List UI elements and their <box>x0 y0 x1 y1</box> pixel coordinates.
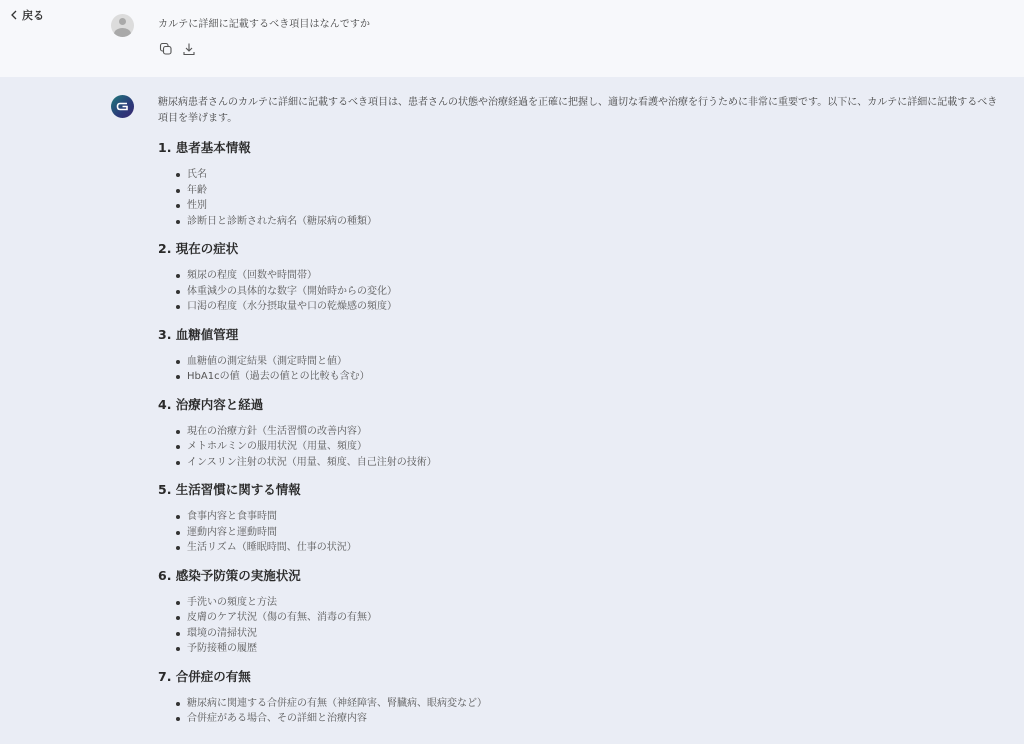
download-icon[interactable] <box>182 42 196 56</box>
section-list: 現在の治療方針（生活習慣の改善内容） メトホルミンの服用状況（用量、頻度） イン… <box>158 424 1020 471</box>
section-list: 糖尿病に関連する合併症の有無（神経障害、腎臓病、眼病変など） 合併症がある場合、… <box>158 696 1020 727</box>
list-item: HbA1cの値（過去の値との比較も含む） <box>158 369 1020 385</box>
back-button[interactable]: 戻る <box>10 7 44 23</box>
section-2: 2. 現在の症状 頻尿の程度（回数や時間帯） 体重減少の具体的な数字（開始時から… <box>158 240 1020 315</box>
section-4: 4. 治療内容と経過 現在の治療方針（生活習慣の改善内容） メトホルミンの服用状… <box>158 396 1020 471</box>
section-title: 3. 血糖値管理 <box>158 326 1020 344</box>
list-item: メトホルミンの服用状況（用量、頻度） <box>158 439 1020 455</box>
list-item: 性別 <box>158 198 1020 214</box>
list-item: 糖尿病に関連する合併症の有無（神経障害、腎臓病、眼病変など） <box>158 696 1020 712</box>
user-message-text: カルテに詳細に記載するべき項目はなんですか <box>158 15 370 30</box>
section-list: 氏名 年齢 性別 診断日と診断された病名（糖尿病の種類） <box>158 167 1020 229</box>
section-title: 7. 合併症の有無 <box>158 668 1020 686</box>
list-item: 年齢 <box>158 183 1020 199</box>
section-title: 4. 治療内容と経過 <box>158 396 1020 414</box>
intro-line: 糖尿病患者さんのカルテに詳細に記載するべき項目は、患者さんの状態や治療経過を正確… <box>158 95 1020 111</box>
section-7: 7. 合併症の有無 糖尿病に関連する合併症の有無（神経障害、腎臓病、眼病変など）… <box>158 668 1020 727</box>
intro-paragraph: 糖尿病患者さんのカルテに詳細に記載するべき項目は、患者さんの状態や治療経過を正確… <box>158 95 1020 127</box>
section-title: 1. 患者基本情報 <box>158 139 1020 157</box>
list-item: 血糖値の測定結果（測定時間と値） <box>158 354 1020 370</box>
user-avatar-icon <box>111 14 134 37</box>
section-list: 頻尿の程度（回数や時間帯） 体重減少の具体的な数字（開始時からの変化） 口渇の程… <box>158 268 1020 315</box>
list-item: 現在の治療方針（生活習慣の改善内容） <box>158 424 1020 440</box>
list-item: 頻尿の程度（回数や時間帯） <box>158 268 1020 284</box>
list-item: 手洗いの頻度と方法 <box>158 595 1020 611</box>
list-item: 運動内容と運動時間 <box>158 525 1020 541</box>
list-item: 口渇の程度（水分摂取量や口の乾燥感の頻度） <box>158 299 1020 315</box>
chat-page: 戻る カルテに詳細に記載するべき項目はなんですか <box>0 0 1024 744</box>
section-1: 1. 患者基本情報 氏名 年齢 性別 診断日と診断された病名（糖尿病の種類） <box>158 139 1020 229</box>
section-list: 食事内容と食事時間 運動内容と運動時間 生活リズム（睡眠時間、仕事の状況） <box>158 509 1020 556</box>
section-title: 5. 生活習慣に関する情報 <box>158 481 1020 499</box>
chevron-left-icon <box>10 10 18 20</box>
section-6: 6. 感染予防策の実施状況 手洗いの頻度と方法 皮膚のケア状況（傷の有無、消毒の… <box>158 567 1020 657</box>
assistant-message-content: 糖尿病患者さんのカルテに詳細に記載するべき項目は、患者さんの状態や治療経過を正確… <box>158 95 1020 738</box>
list-item: 合併症がある場合、その詳細と治療内容 <box>158 711 1020 727</box>
user-message-block: 戻る カルテに詳細に記載するべき項目はなんですか <box>0 0 1024 77</box>
list-item: 体重減少の具体的な数字（開始時からの変化） <box>158 284 1020 300</box>
section-list: 手洗いの頻度と方法 皮膚のケア状況（傷の有無、消毒の有無） 環境の清掃状況 予防… <box>158 595 1020 657</box>
intro-line: 項目を挙げます。 <box>158 111 1020 127</box>
list-item: 診断日と診断された病名（糖尿病の種類） <box>158 214 1020 230</box>
list-item: 氏名 <box>158 167 1020 183</box>
section-5: 5. 生活習慣に関する情報 食事内容と食事時間 運動内容と運動時間 生活リズム（… <box>158 481 1020 556</box>
section-title: 2. 現在の症状 <box>158 240 1020 258</box>
list-item: 環境の清掃状況 <box>158 626 1020 642</box>
list-item: 予防接種の履歴 <box>158 641 1020 657</box>
assistant-message-block: 糖尿病患者さんのカルテに詳細に記載するべき項目は、患者さんの状態や治療経過を正確… <box>0 77 1024 744</box>
list-item: 生活リズム（睡眠時間、仕事の状況） <box>158 540 1020 556</box>
list-item: 食事内容と食事時間 <box>158 509 1020 525</box>
message-actions <box>159 42 196 56</box>
copy-icon[interactable] <box>159 42 173 56</box>
list-item: インスリン注射の状況（用量、頻度、自己注射の技術） <box>158 455 1020 471</box>
section-list: 血糖値の測定結果（測定時間と値） HbA1cの値（過去の値との比較も含む） <box>158 354 1020 385</box>
section-3: 3. 血糖値管理 血糖値の測定結果（測定時間と値） HbA1cの値（過去の値との… <box>158 326 1020 385</box>
list-item: 皮膚のケア状況（傷の有無、消毒の有無） <box>158 610 1020 626</box>
section-title: 6. 感染予防策の実施状況 <box>158 567 1020 585</box>
bot-logo-icon <box>111 95 134 118</box>
back-label: 戻る <box>22 7 44 23</box>
